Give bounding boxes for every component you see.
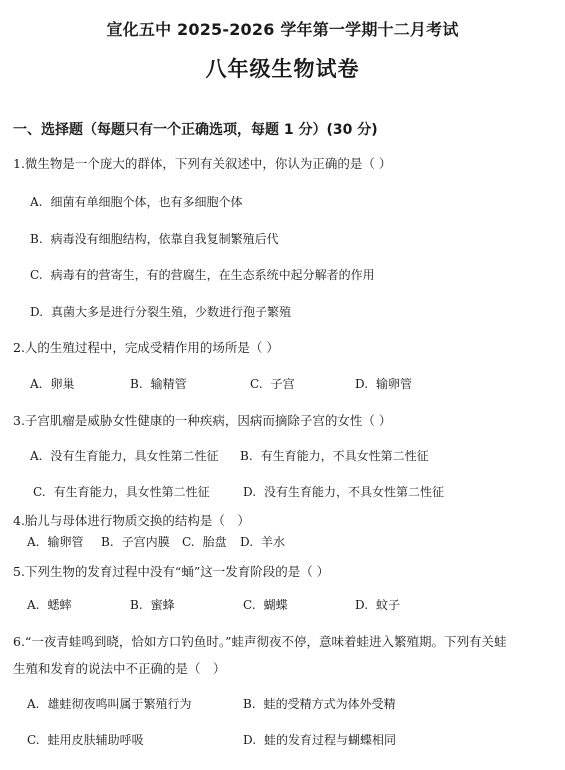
question-6-option-b: B.蛙的受精方式为体外受精 — [243, 695, 396, 712]
option-text: 病毒没有细胞结构，依靠自我复制繁殖后代 — [51, 232, 279, 246]
option-label: B. — [240, 449, 253, 463]
option-label: C. — [250, 377, 263, 391]
option-text: 真菌大多是进行分裂生殖，少数进行孢子繁殖 — [51, 305, 291, 319]
question-3-option-c: C.有生育能力，具女性第二性征 — [33, 483, 210, 500]
option-label: D. — [30, 305, 43, 319]
question-6-option-c: C.蛙用皮肤辅助呼吸 — [27, 731, 144, 748]
question-4-option-a: A.输卵管 — [27, 533, 84, 550]
option-label: D. — [355, 598, 368, 612]
option-text: 蛙的发育过程与蝴蝶相同 — [264, 733, 396, 747]
question-4-option-c: C.胎盘 — [182, 533, 227, 550]
question-2-option-c: C.子宫 — [250, 375, 295, 392]
question-3-option-a: A.没有生育能力，具女性第二性征 — [30, 447, 219, 464]
option-label: C. — [33, 485, 46, 499]
question-3-stem: 3.子宫肌瘤是威胁女性健康的一种疾病，因病而摘除子宫的女性（ ） — [13, 411, 391, 429]
question-2-option-d: D.输卵管 — [355, 375, 412, 392]
option-text: 有生育能力，不具女性第二性征 — [261, 449, 429, 463]
section-heading: 一、选择题（每题只有一个正确选项，每题 1 分）(30 分) — [13, 119, 378, 139]
option-text: 蝴蝶 — [264, 598, 288, 612]
option-label: C. — [243, 598, 256, 612]
question-6-stem-line1: 6.“一夜青蛙鸣到晓，恰如方口钓鱼时。”蛙声彻夜不停，意味着蛙进入繁殖期。下列有… — [13, 632, 506, 650]
option-text: 子宫内膜 — [122, 535, 170, 549]
option-text: 雄蛙彻夜鸣叫属于繁殖行为 — [47, 697, 191, 711]
option-text: 输精管 — [151, 377, 187, 391]
option-label: B. — [243, 697, 256, 711]
question-2-option-b: B.输精管 — [130, 375, 187, 392]
option-label: D. — [243, 485, 256, 499]
option-label: B. — [30, 232, 43, 246]
option-label: D. — [240, 535, 253, 549]
option-text: 输卵管 — [376, 377, 412, 391]
option-text: 胎盘 — [203, 535, 227, 549]
option-text: 蜜蜂 — [151, 598, 175, 612]
option-text: 病毒有的营寄生，有的营腐生，在生态系统中起分解者的作用 — [51, 268, 375, 282]
question-3-option-b: B.有生育能力，不具女性第二性征 — [240, 447, 429, 464]
option-label: A. — [30, 449, 42, 463]
question-2-stem: 2.人的生殖过程中，完成受精作用的场所是（ ） — [13, 338, 279, 356]
question-5-option-b: B.蜜蜂 — [130, 596, 175, 613]
option-text: 没有生育能力，具女性第二性征 — [50, 449, 218, 463]
option-text: 蛙的受精方式为体外受精 — [264, 697, 396, 711]
question-3-option-d: D.没有生育能力，不具女性第二性征 — [243, 483, 444, 500]
question-6-option-a: A.雄蛙彻夜鸣叫属于繁殖行为 — [27, 695, 192, 712]
option-text: 没有生育能力，不具女性第二性征 — [264, 485, 444, 499]
question-1-option-b: B.病毒没有细胞结构，依靠自我复制繁殖后代 — [30, 230, 279, 247]
question-4-option-d: D.羊水 — [240, 533, 285, 550]
question-5-option-c: C.蝴蝶 — [243, 596, 288, 613]
question-1-stem: 1.微生物是一个庞大的群体，下列有关叙述中，你认为正确的是（ ） — [13, 154, 391, 172]
option-text: 输卵管 — [47, 535, 83, 549]
option-label: A. — [30, 195, 42, 209]
option-text: 子宫 — [271, 377, 295, 391]
option-label: A. — [30, 377, 42, 391]
option-text: 羊水 — [261, 535, 285, 549]
question-1-option-a: A.细菌有单细胞个体，也有多细胞个体 — [30, 193, 243, 210]
question-5-option-d: D.蚊子 — [355, 596, 400, 613]
option-text: 蚊子 — [376, 598, 400, 612]
question-6-stem-line2: 生殖和发育的说法中不正确的是（ ） — [13, 659, 226, 677]
option-text: 细菌有单细胞个体，也有多细胞个体 — [50, 195, 242, 209]
option-label: B. — [130, 377, 143, 391]
exam-subject-title: 八年级生物试卷 — [0, 53, 565, 83]
option-label: C. — [27, 733, 40, 747]
question-5-option-a: A.蟋蟀 — [27, 596, 72, 613]
option-label: A. — [27, 598, 39, 612]
question-4-stem: 4.胎儿与母体进行物质交换的结构是（ ） — [13, 511, 250, 529]
question-2-option-a: A.卵巢 — [30, 375, 75, 392]
option-label: B. — [130, 598, 143, 612]
question-5-stem: 5.下列生物的发育过程中没有“蛹”这一发育阶段的是（ ） — [13, 562, 329, 580]
option-text: 蟋蟀 — [47, 598, 71, 612]
option-label: A. — [27, 535, 39, 549]
question-1-option-c: C.病毒有的营寄生，有的营腐生，在生态系统中起分解者的作用 — [30, 266, 375, 283]
option-label: C. — [182, 535, 195, 549]
question-4-option-b: B.子宫内膜 — [101, 533, 170, 550]
option-text: 蛙用皮肤辅助呼吸 — [48, 733, 144, 747]
option-label: A. — [27, 697, 39, 711]
option-label: B. — [101, 535, 114, 549]
school-exam-title: 宣化五中 2025-2026 学年第一学期十二月考试 — [0, 17, 565, 40]
option-label: D. — [243, 733, 256, 747]
question-6-option-d: D.蛙的发育过程与蝴蝶相同 — [243, 731, 396, 748]
question-1-option-d: D.真菌大多是进行分裂生殖，少数进行孢子繁殖 — [30, 303, 291, 320]
option-label: C. — [30, 268, 43, 282]
option-text: 卵巢 — [50, 377, 74, 391]
option-text: 有生育能力，具女性第二性征 — [54, 485, 210, 499]
option-label: D. — [355, 377, 368, 391]
